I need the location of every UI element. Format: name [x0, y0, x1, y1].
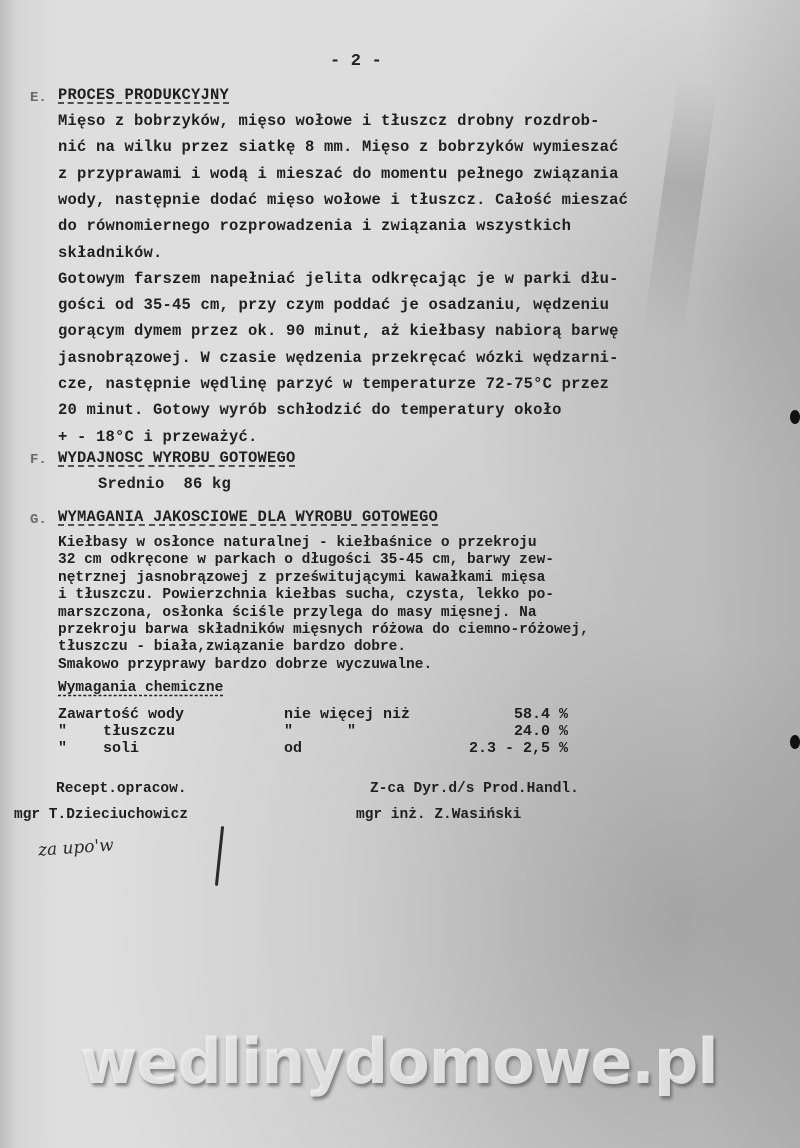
text-line: wody, następnie dodać mięso wołowe i tłu…: [58, 191, 628, 209]
text-line: Gotowym farszem napełniać jelita odkręca…: [58, 270, 619, 288]
section-marker: G.: [30, 512, 47, 528]
chem-condition: " ": [284, 723, 356, 740]
chem-condition: od: [284, 740, 302, 757]
text-line: + - 18°C i przeważyć.: [58, 428, 258, 446]
text-line: do równomiernego rozprowadzenia i związa…: [58, 217, 571, 235]
chem-value: 58.4 %: [514, 706, 568, 723]
text-line: cze, następnie wędlinę parzyć w temperat…: [58, 375, 609, 393]
chem-value: 2.3 - 2,5 %: [469, 740, 568, 757]
text-line: z przyprawami i wodą i mieszać do moment…: [58, 165, 619, 183]
left-signature-name: mgr T.Dzieciuchowicz: [14, 807, 188, 823]
section-heading-process: PROCES PRODUKCYJNY: [58, 86, 229, 104]
text-line: Kiełbasy w osłonce naturalnej - kiełbaśn…: [58, 535, 537, 551]
chem-condition: nie więcej niż: [284, 706, 410, 723]
chem-label: " soli: [58, 740, 139, 757]
left-signature-role: Recept.opracow.: [56, 781, 187, 797]
chem-label: Zawartość wody: [58, 706, 184, 723]
text-line: jasnobrązowej. W czasie wędzenia przekrę…: [58, 349, 619, 367]
section-marker: E.: [30, 90, 47, 106]
text-line: 32 cm odkręcone w parkach o długości 35-…: [58, 552, 554, 568]
text-line: 20 minut. Gotowy wyrób schłodzić do temp…: [58, 401, 562, 419]
text-line: tłuszczu - biała,związanie bardzo dobre.: [58, 639, 406, 655]
chemical-heading: Wymagania chemiczne: [58, 680, 223, 696]
chem-value: 24.0 %: [514, 723, 568, 740]
yield-value: Srednio 86 kg: [98, 475, 231, 493]
watermark: wedlinydomowe.pl: [80, 1025, 717, 1098]
text-line: marszczona, osłonka ściśle przylega do m…: [58, 605, 537, 621]
text-line: składników.: [58, 244, 163, 262]
section-heading-quality: WYMAGANIA JAKOSCIOWE DLA WYROBU GOTOWEGO: [58, 508, 438, 526]
text-line: Smakowo przyprawy bardzo dobrze wyczuwal…: [58, 657, 432, 673]
text-line: nętrznej jasnobrązowej z prześwitującymi…: [58, 570, 545, 586]
text-line: nić na wilku przez siatkę 8 mm. Mięso z …: [58, 138, 619, 156]
section-marker: F.: [30, 452, 47, 468]
punch-hole: [790, 735, 800, 749]
text-line: Mięso z bobrzyków, mięso wołowe i tłuszc…: [58, 112, 600, 130]
text-line: gości od 35-45 cm, przy czym poddać je o…: [58, 296, 609, 314]
text-line: przekroju barwa składników mięsnych różo…: [58, 622, 589, 638]
punch-hole: [790, 410, 800, 424]
chem-label: " tłuszczu: [58, 723, 175, 740]
text-line: i tłuszczu. Powierzchnia kiełbas sucha, …: [58, 587, 554, 603]
right-signature-role: Z-ca Dyr.d/s Prod.Handl.: [370, 781, 579, 797]
page-number: - 2 -: [330, 52, 382, 71]
right-signature-name: mgr inż. Z.Wasiński: [356, 807, 521, 823]
text-line: gorącym dymem przez ok. 90 minut, aż kie…: [58, 322, 619, 340]
section-heading-yield: WYDAJNOSC WYROBU GOTOWEGO: [58, 449, 296, 467]
